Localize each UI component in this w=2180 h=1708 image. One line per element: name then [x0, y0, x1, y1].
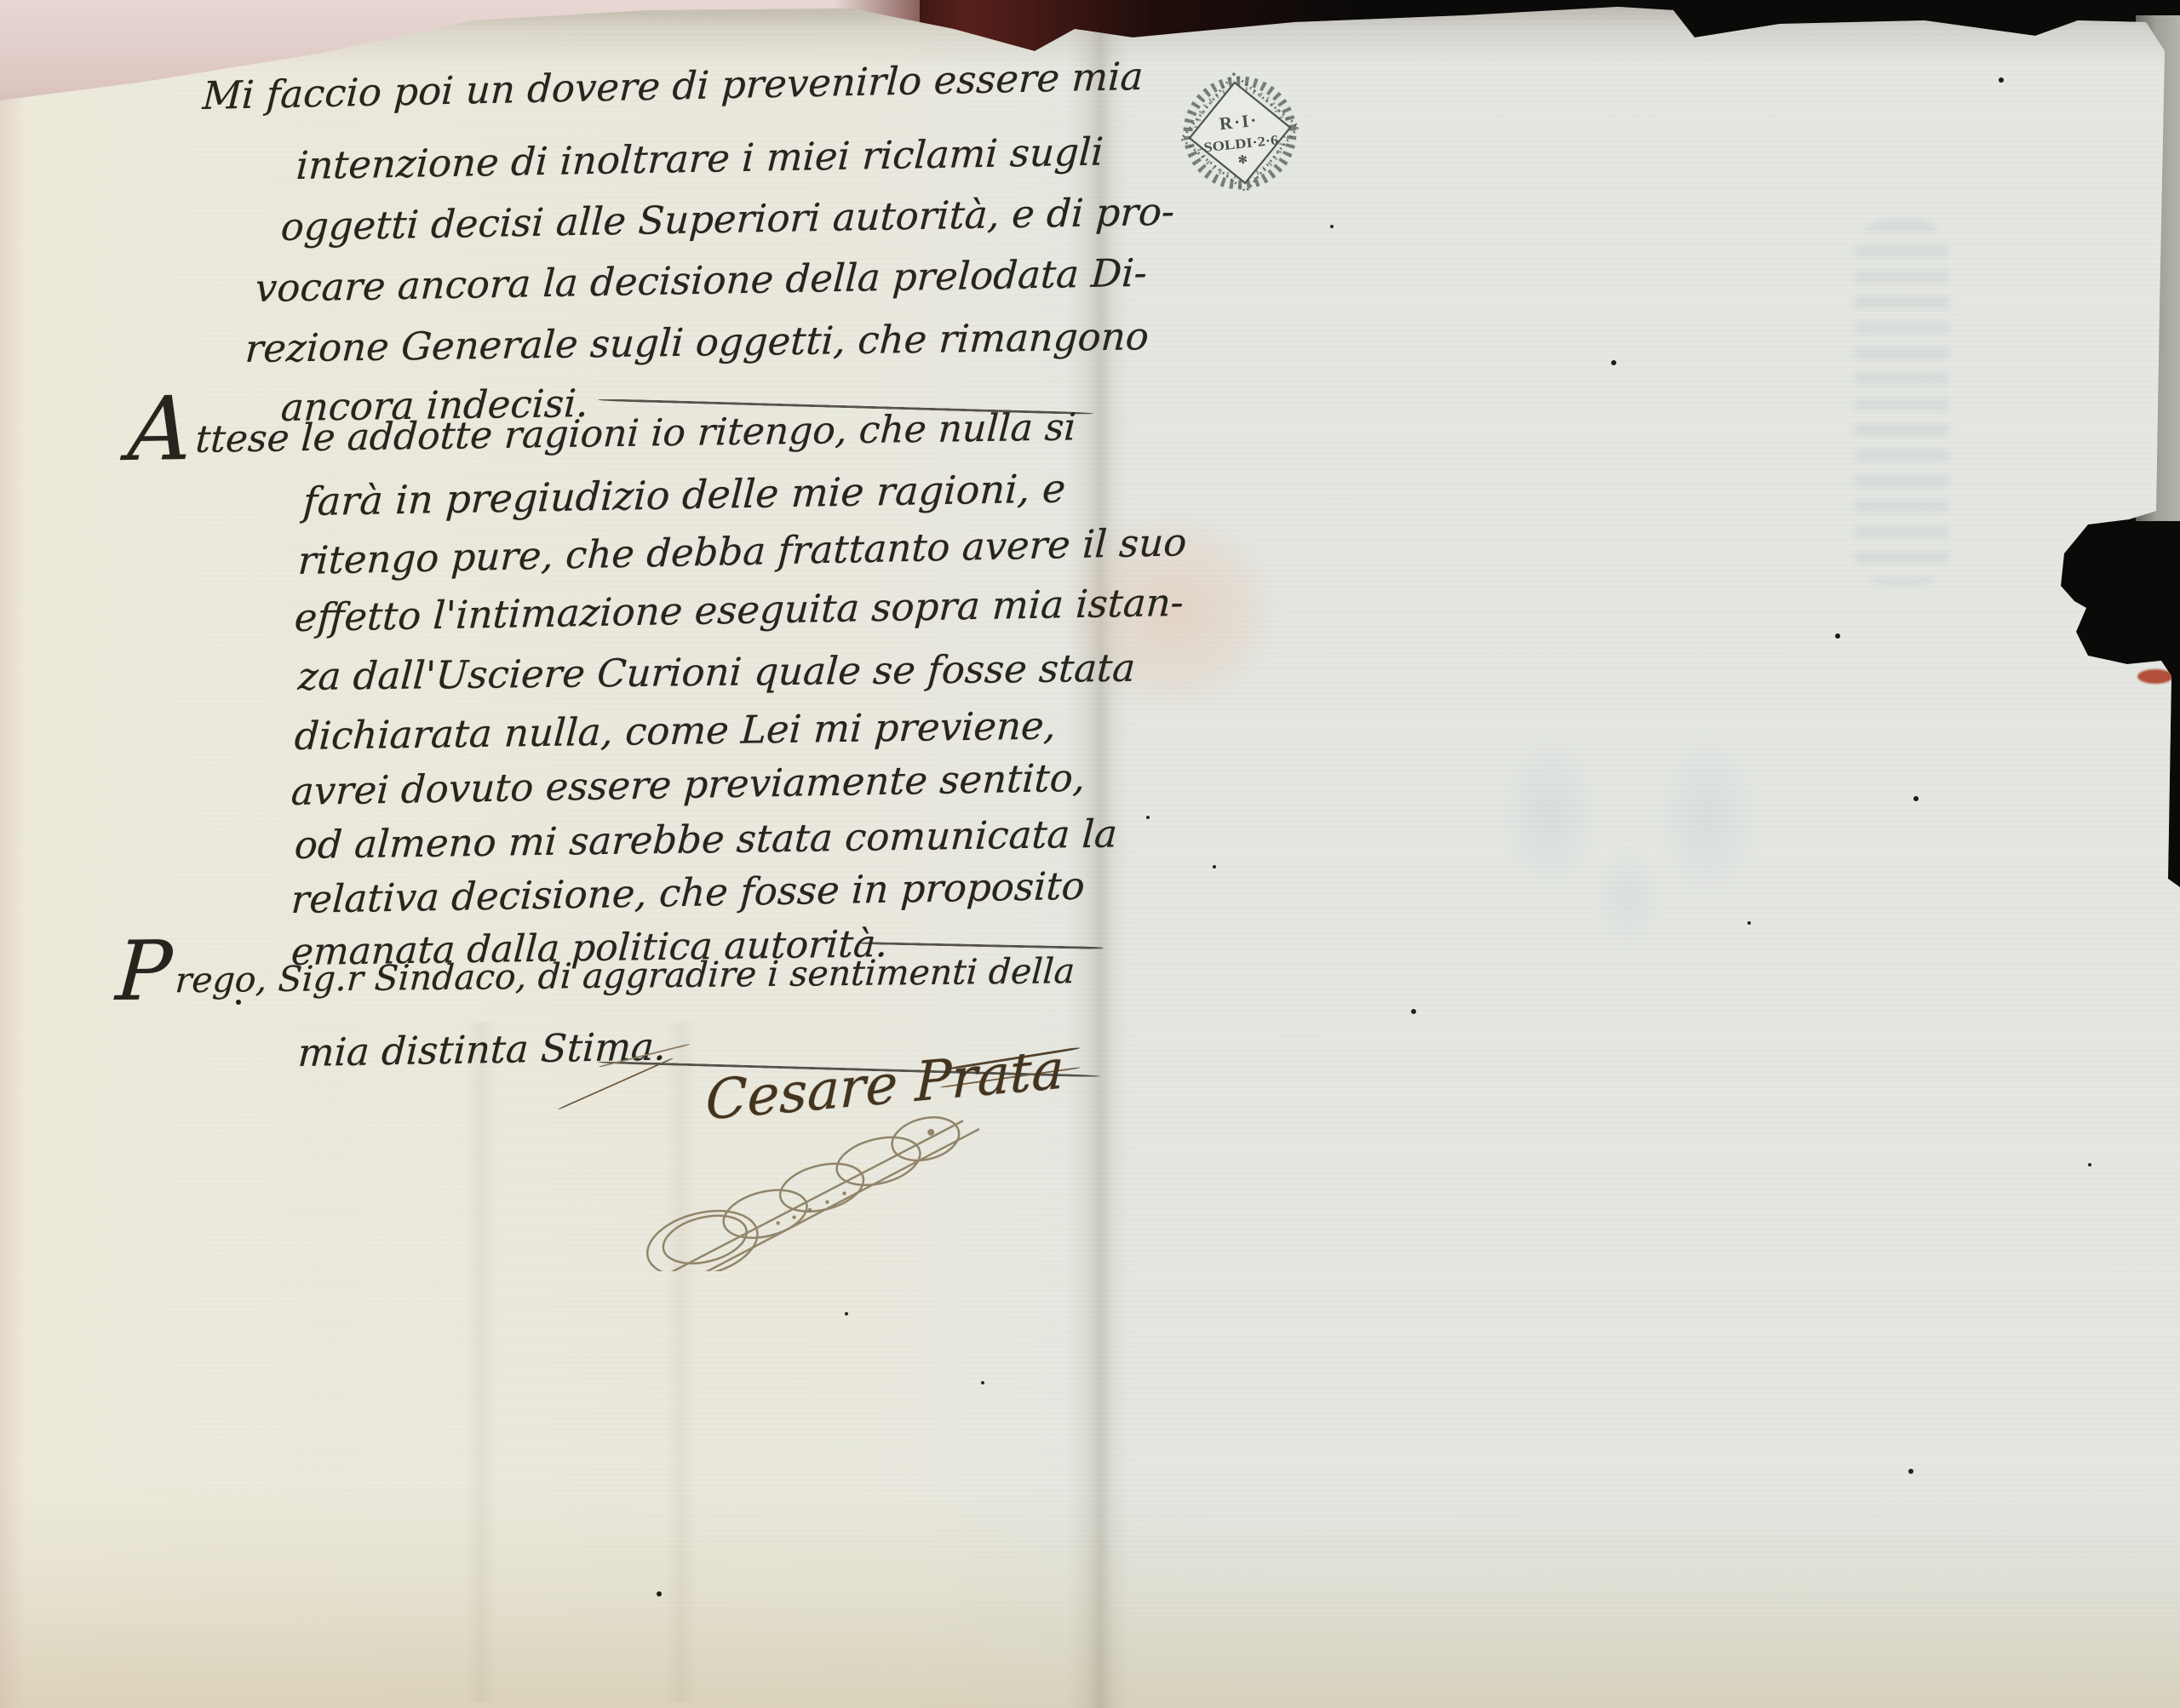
red-stain [2137, 669, 2173, 684]
ink-showthrough [1855, 220, 1948, 586]
manuscript-page-spread: Mi faccio poi un dovere di prevenirlo es… [0, 0, 2180, 1708]
stamp-ornament: ✻ [1237, 152, 1248, 166]
manuscript-line: mia distinta Stima. [297, 1023, 668, 1075]
left-edge-tint [0, 0, 26, 1708]
line-text: za dall'Usciere Curioni quale se fosse s… [296, 645, 1136, 699]
revenue-stamp: R·I· SOLDI·2·6 ✻ [1173, 66, 1307, 200]
manuscript-line: za dall'Usciere Curioni quale se fosse s… [296, 645, 1136, 699]
line-text: mia distinta Stima. [297, 1023, 668, 1075]
decorated-initial: P [117, 971, 172, 971]
document-photo: Mi faccio poi un dovere di prevenirlo es… [0, 0, 2180, 1708]
eagle-watermark-ghost [1448, 707, 1814, 996]
decorated-initial: A [129, 429, 192, 430]
stamp-line1: R·I· [1219, 110, 1259, 135]
signature-flourish [617, 1105, 1018, 1271]
vertical-crease [464, 1022, 498, 1703]
